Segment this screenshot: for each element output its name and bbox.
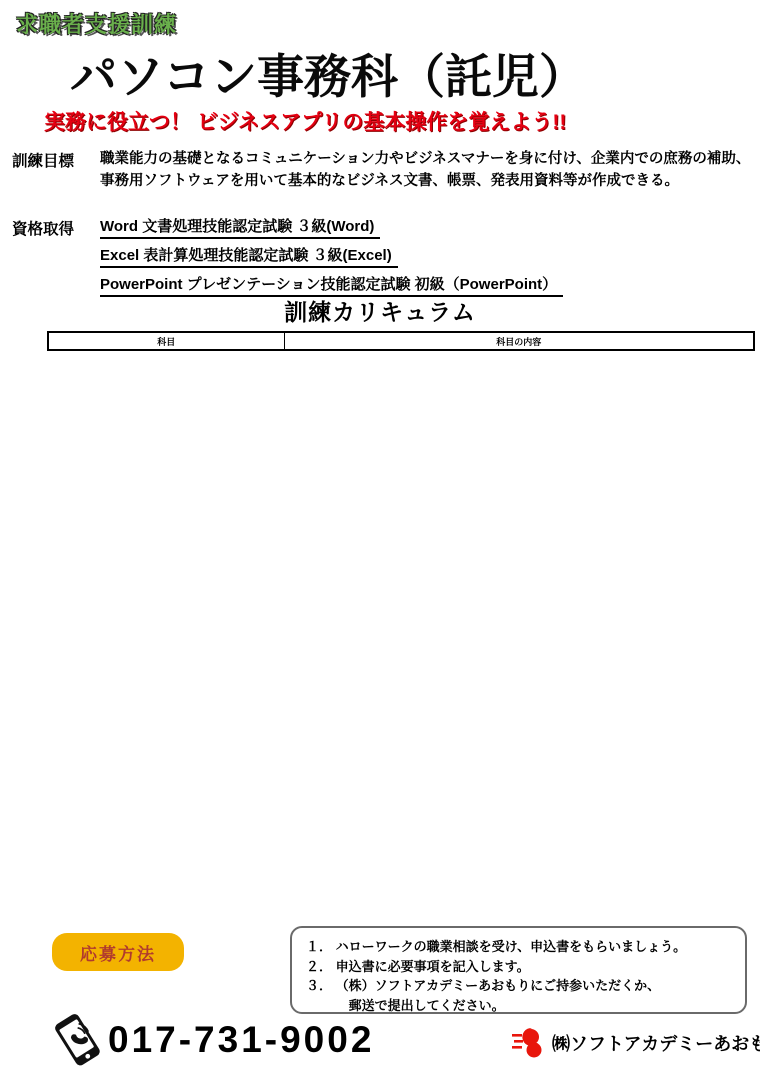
qualification-item: Excel 表計算処理技能認定試験 ３級(Excel) [100, 244, 398, 268]
goal-text: 職業能力の基礎となるコミュニケーション力やビジネスマナーを身に付け、企業内での庶… [100, 148, 755, 193]
qualification-list: Word 文書処理技能認定試験 ３級(Word) Excel 表計算処理技能認定… [100, 215, 563, 302]
qualification-item: Word 文書処理技能認定試験 ３級(Word) [100, 215, 380, 239]
apply-step: ２． 申込書に必要事項を記入します。 [306, 957, 731, 977]
page-subtitle: 実務に役立つ！ ビジネスアプリの基本操作を覚えよう!! [44, 106, 566, 136]
phone-number: 017-731-9002 [108, 1019, 374, 1061]
company-name: ㈱ソフトアカデミーあおもり [552, 1030, 760, 1056]
qualification-label: 資格取得 [12, 217, 74, 239]
goal-label: 訓練目標 [12, 149, 74, 171]
column-header-content: 科目の内容 [284, 332, 754, 350]
table-header-row: 科目 科目の内容 [48, 332, 754, 350]
page-title: パソコン事務科（託児） [70, 40, 586, 107]
program-badge: 求職者支援訓練 [16, 8, 177, 39]
curriculum-table: 科目 科目の内容 [47, 331, 755, 351]
apply-method-badge: 応募方法 [52, 933, 184, 971]
company-logo-mark [512, 1026, 546, 1060]
column-header-subject: 科目 [48, 332, 284, 350]
apply-step: １． ハローワークの職業相談を受け、申込書をもらいましょう。 [306, 937, 731, 957]
apply-steps-box: １． ハローワークの職業相談を受け、申込書をもらいましょう。２． 申込書に必要事… [290, 926, 747, 1014]
company-block: ㈱ソフトアカデミーあおもり [512, 1026, 760, 1060]
phone-block: 017-731-9002 [48, 1008, 374, 1072]
curriculum-heading: 訓練カリキュラム [0, 294, 760, 327]
smartphone-icon [48, 1008, 106, 1072]
